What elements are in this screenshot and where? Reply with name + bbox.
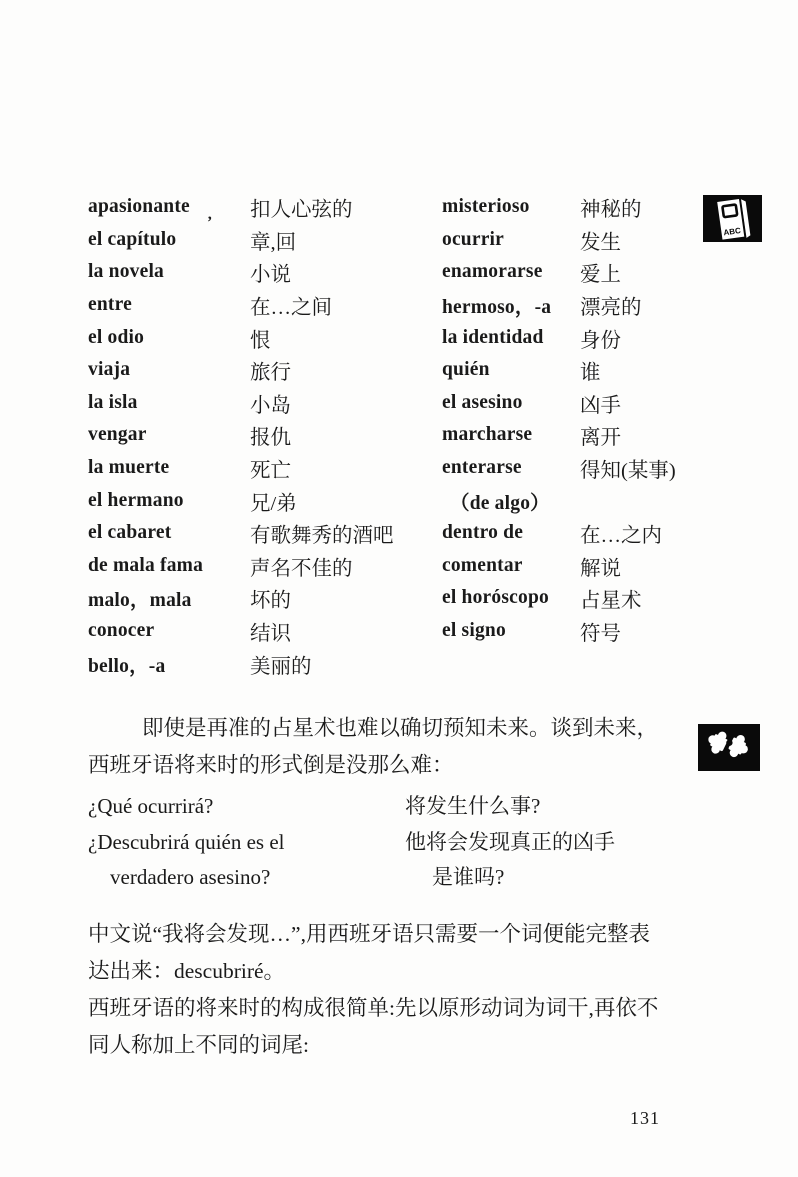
vocab-term-es: el capítulo [88, 229, 250, 251]
vocab-term-es: la novela [88, 261, 250, 283]
vocab-term-es: el cabaret [88, 522, 250, 544]
intro-line: 即使是再准的占星术也难以确切预知未来。谈到未来， [88, 710, 736, 747]
vocab-term-es: conocer [88, 620, 250, 642]
vocab-row: vengar 报仇 marcharse 离开 [88, 419, 728, 452]
vocab-term-es: enterarse [442, 457, 580, 479]
vocab-translation-zh: 恨 [250, 323, 442, 353]
puzzle-pieces-icon [698, 724, 760, 771]
vocab-term-es: quién [442, 359, 580, 381]
vocab-translation-zh: 谁 [580, 355, 728, 385]
vocab-term-es: el odio [88, 327, 250, 349]
example-row: ¿Qué ocurrirá? 将发生什么事? [88, 789, 728, 825]
example-es: ¿Descubrirá quién es el [88, 825, 405, 861]
vocab-translation-zh: 小说 [250, 257, 442, 287]
vocab-term-es: la muerte [88, 457, 250, 479]
body-paragraph: 中文说“我将会发现…”,用西班牙语只需要一个词便能完整表 达出来：descubr… [88, 916, 748, 1064]
vocab-term-es: el horóscopo [442, 587, 580, 609]
vocab-term-es: ocurrir [442, 229, 580, 251]
example-zh: 是谁吗? [405, 860, 728, 896]
vocab-translation-zh: 死亡 [250, 453, 442, 483]
vocab-translation-zh: 爱上 [580, 257, 728, 287]
vocab-term-es: viaja [88, 359, 250, 381]
body-line: 达出来：descubriré。 [88, 953, 748, 990]
vocab-term-es: hermoso，-a [442, 291, 580, 319]
vocab-translation-zh: 在…之内 [580, 518, 728, 548]
vocab-term-es: misterioso [442, 196, 580, 218]
vocab-row: el odio 恨 la identidad 身份 [88, 321, 728, 354]
vocab-translation-zh: 报仇 [250, 420, 442, 450]
vocab-row: malo，mala 坏的 el horóscopo 占星术 [88, 582, 728, 615]
vocab-row: la muerte 死亡 enterarse 得知(某事) [88, 452, 728, 485]
vocab-term-es: dentro de [442, 522, 580, 544]
vocab-row: apasionante 扣人心弦的 misterioso 神秘的 [88, 191, 728, 224]
page-number: 131 [630, 1108, 660, 1129]
body-line: 同人称加上不同的词尾: [88, 1027, 748, 1064]
vocab-row: conocer 结识 el signo 符号 [88, 615, 728, 648]
intro-paragraph: 即使是再准的占星术也难以确切预知未来。谈到未来， 西班牙语将来时的形式倒是没那么… [88, 710, 736, 784]
vocab-translation-zh: 得知(某事) [580, 453, 728, 483]
vocab-row: la novela 小说 enamorarse 爱上 [88, 256, 728, 289]
vocab-term-es: malo，mala [88, 584, 250, 612]
vocab-translation-zh: 身份 [580, 323, 728, 353]
vocab-translation-zh: 有歌舞秀的酒吧 [250, 518, 442, 548]
vocab-term-es: vengar [88, 424, 250, 446]
vocab-term-es: la identidad [442, 327, 580, 349]
example-es: ¿Qué ocurrirá? [88, 789, 405, 825]
vocab-translation-zh: 章,回 [250, 225, 442, 255]
vocab-translation-zh: 结识 [250, 616, 442, 646]
intro-line: 西班牙语将来时的形式倒是没那么难： [88, 747, 736, 784]
vocab-term-es: （de algo） [442, 487, 580, 515]
vocab-translation-zh: 符号 [580, 616, 728, 646]
vocab-row: el capítulo 章,回 ocurrir 发生 [88, 224, 728, 257]
vocab-term-es: apasionante [88, 196, 250, 218]
body-line: 西班牙语的将来时的构成很简单:先以原形动词为词干,再依不 [88, 990, 748, 1027]
vocab-term-es: comentar [442, 555, 580, 577]
print-artifact-mark: ’ [207, 214, 212, 232]
vocab-translation-zh: 在…之间 [250, 290, 442, 320]
vocab-translation-zh: 美丽的 [250, 649, 442, 679]
vocab-translation-zh: 解说 [580, 551, 728, 581]
vocab-translation-zh: 凶手 [580, 388, 728, 418]
vocab-translation-zh: 漂亮的 [580, 290, 728, 320]
vocab-row: el hermano 兄/弟 （de algo） [88, 484, 728, 517]
vocab-translation-zh: 旅行 [250, 355, 442, 385]
example-zh: 将发生什么事? [405, 789, 728, 825]
vocab-term-es: el signo [442, 620, 580, 642]
vocab-translation-zh: 扣人心弦的 [250, 192, 442, 222]
vocab-row: de mala fama 声名不佳的 comentar 解说 [88, 550, 728, 583]
vocab-term-es: la isla [88, 392, 250, 414]
vocab-translation-zh: 占星术 [580, 583, 728, 613]
vocab-row: viaja 旅行 quién 谁 [88, 354, 728, 387]
vocab-translation-zh: 坏的 [250, 583, 442, 613]
vocab-term-es: enamorarse [442, 261, 580, 283]
vocab-translation-zh: 小岛 [250, 388, 442, 418]
vocab-row: bello，-a 美丽的 [88, 647, 728, 680]
vocabulary-list: apasionante 扣人心弦的 misterioso 神秘的 el capí… [88, 191, 728, 680]
vocab-term-es: entre [88, 294, 250, 316]
body-line: 中文说“我将会发现…”,用西班牙语只需要一个词便能完整表 [88, 916, 748, 953]
vocab-translation-zh: 离开 [580, 420, 728, 450]
example-zh: 他将会发现真正的凶手 [405, 825, 728, 861]
vocab-term-es: marcharse [442, 424, 580, 446]
book-page: apasionante 扣人心弦的 misterioso 神秘的 el capí… [0, 0, 798, 1177]
example-row: ¿Descubrirá quién es el 他将会发现真正的凶手 [88, 825, 728, 861]
example-es: verdadero asesino? [88, 860, 405, 896]
example-sentences: ¿Qué ocurrirá? 将发生什么事? ¿Descubrirá quién… [88, 789, 728, 896]
vocab-row: entre 在…之间 hermoso，-a 漂亮的 [88, 289, 728, 322]
vocab-term-es: el hermano [88, 490, 250, 512]
dictionary-book-icon: ABC [703, 195, 762, 242]
vocab-translation-zh: 兄/弟 [250, 486, 442, 516]
vocab-row: la isla 小岛 el asesino 凶手 [88, 387, 728, 420]
vocab-term-es: el asesino [442, 392, 580, 414]
example-row: verdadero asesino? 是谁吗? [88, 860, 728, 896]
vocab-translation-zh: 声名不佳的 [250, 551, 442, 581]
vocab-term-es: de mala fama [88, 555, 250, 577]
vocab-row: el cabaret 有歌舞秀的酒吧 dentro de 在…之内 [88, 517, 728, 550]
vocab-term-es: bello，-a [88, 650, 250, 678]
